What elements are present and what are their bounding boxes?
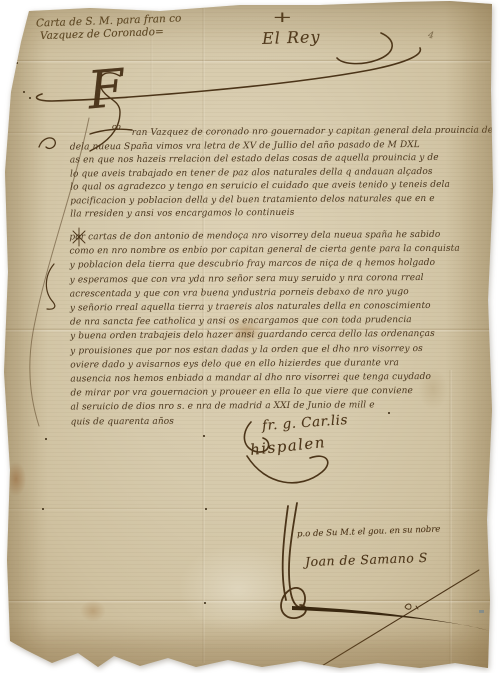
scanned-manuscript-scene: Carta de S. M. para fran co Vazquez de C… [0, 0, 500, 673]
paper-shadow-wrap: Carta de S. M. para fran co Vazquez de C… [0, 0, 500, 673]
aged-edge-vignette [0, 0, 500, 673]
manuscript-page: Carta de S. M. para fran co Vazquez de C… [0, 0, 500, 673]
